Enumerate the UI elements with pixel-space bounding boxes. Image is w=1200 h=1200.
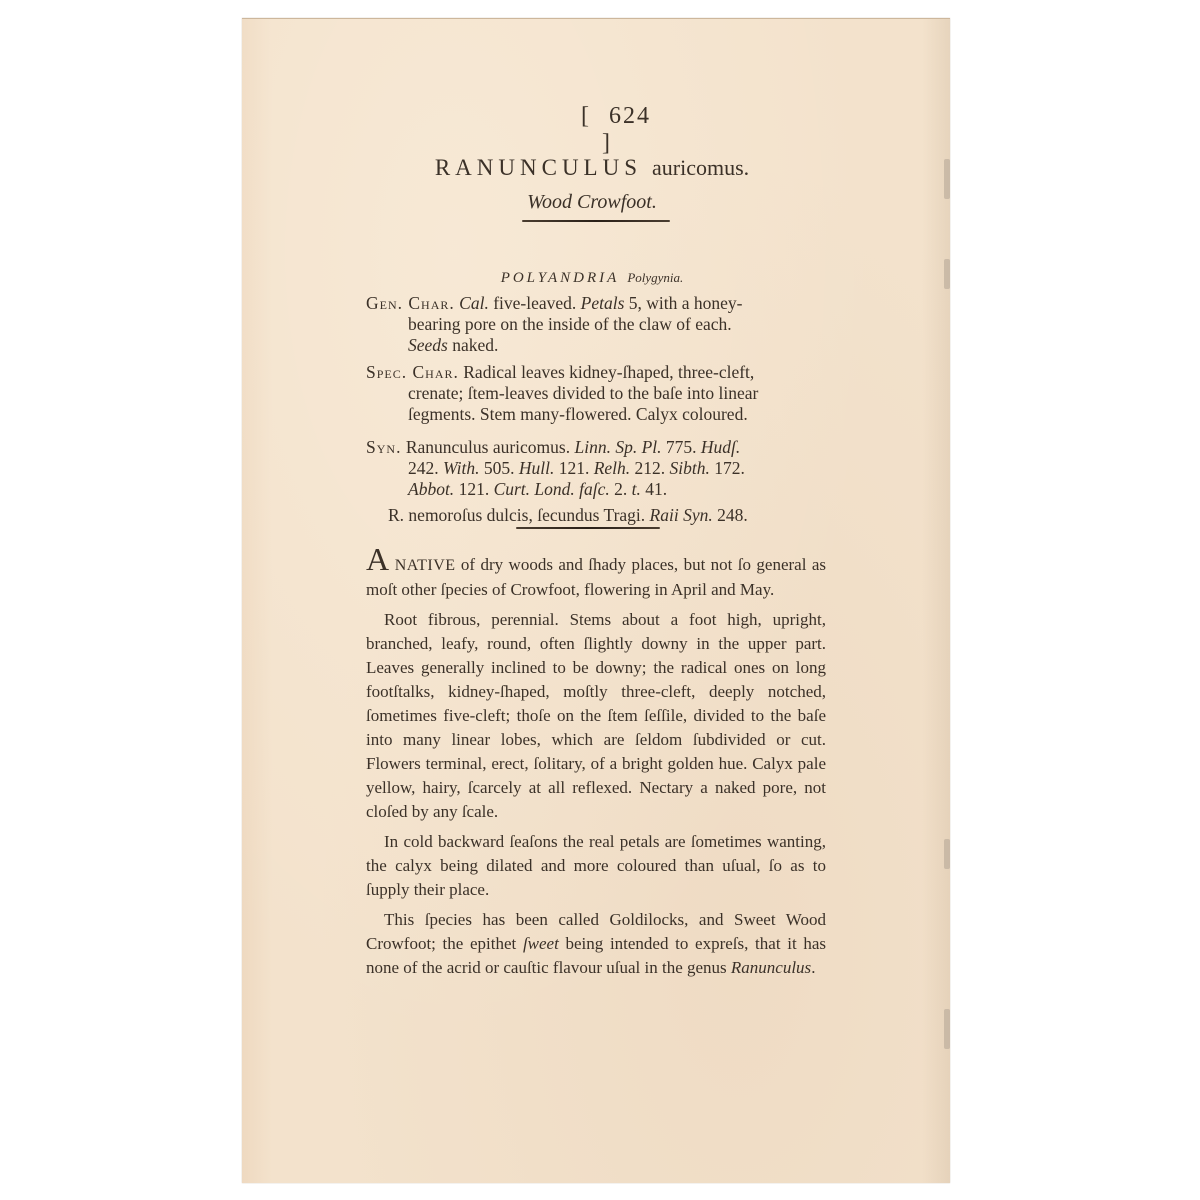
spec-char-label: Spec. Char. (366, 362, 459, 382)
gen-char-label: Gen. Char. (366, 293, 455, 313)
divider-rule (516, 527, 660, 529)
paragraph-native: A NATIVE of dry woods and ſhady places, … (366, 549, 826, 602)
text-italic: Linn. Sp. Pl. (574, 437, 661, 457)
text-italic: Sibth. (670, 458, 710, 478)
text-italic: Hudſ. (701, 437, 740, 457)
text-italic: t. (632, 479, 641, 499)
text: five-leaved. (489, 293, 581, 313)
text: 121. (454, 479, 493, 499)
bracket-open: [ (581, 103, 591, 130)
page-number: [624] (547, 103, 667, 157)
text: 121. (554, 458, 593, 478)
text: 41. (641, 479, 667, 499)
linnaean-classification: POLYANDRIAPolygynia. (342, 270, 842, 287)
specific-character: Spec. Char. Radical leaves kidney-ſhaped… (366, 362, 828, 425)
page-number-value: 624 (609, 103, 651, 129)
text: 212. (630, 458, 669, 478)
text: naked. (448, 335, 499, 355)
common-name: Wood Crowfoot. (342, 191, 842, 214)
text-italic: Relh. (594, 458, 630, 478)
paragraph-seasons: In cold backward ſeaſons the real petals… (366, 830, 826, 902)
text-smallcaps: NATIVE (389, 557, 455, 574)
page-edge-tear (944, 839, 950, 869)
text: 5, with a honey- (624, 293, 742, 313)
text: 775. (662, 437, 701, 457)
divider-rule (522, 220, 670, 222)
order-name: Polygynia. (627, 270, 683, 285)
text-italic: Seeds (408, 335, 448, 355)
paragraph-description: Root fibrous, perennial. Stems about a f… (366, 608, 826, 824)
paragraph-names: This ſpecies has been called Goldilocks,… (366, 908, 826, 980)
text-italic: With. (443, 458, 479, 478)
genus-name: RANUNCULUS (435, 155, 642, 180)
drop-cap: A (366, 541, 389, 577)
text: 172. (710, 458, 745, 478)
species-name: auricomus. (652, 155, 749, 180)
text-italic: ſweet (523, 934, 559, 953)
text-italic: Abbot. (408, 479, 454, 499)
text-italic: Hull. (519, 458, 555, 478)
page-edge-tear (944, 1009, 950, 1049)
text-italic: Cal. (459, 293, 489, 313)
generic-character: Gen. Char. Cal. five-leaved. Petals 5, w… (366, 293, 828, 356)
page-edge-tear (944, 159, 950, 199)
text-italic: Curt. Lond. faſc. (494, 479, 610, 499)
gen-char-line: bearing pore on the inside of the claw o… (366, 314, 828, 335)
text: 2. (610, 479, 632, 499)
text-italic: Petals (581, 293, 625, 313)
text: 242. (408, 458, 443, 478)
class-name: POLYANDRIA (501, 270, 620, 286)
syn-label: Syn. (366, 437, 401, 457)
text: Ranunculus auricomus. (401, 437, 574, 457)
book-page: [624] RANUNCULUSauricomus. Wood Crowfoot… (242, 18, 950, 1183)
text-italic: Ranunculus (731, 958, 811, 977)
plant-title: RANUNCULUSauricomus. (342, 155, 842, 181)
spec-char-line: ſegments. Stem many-flowered. Calyx colo… (366, 404, 828, 425)
spec-char-line: crenate; ſtem-leaves divided to the baſe… (366, 383, 828, 404)
page-edge-tear (944, 259, 950, 289)
text: Radical leaves kidney-ſhaped, three-clef… (459, 362, 754, 382)
text: 248. (713, 505, 748, 525)
text-italic: Raii Syn. (650, 505, 713, 525)
synonyms: Syn. Ranunculus auricomus. Linn. Sp. Pl.… (366, 437, 828, 526)
text: 505. (479, 458, 518, 478)
text: . (811, 958, 815, 977)
bracket-close: ] (602, 130, 612, 157)
description-body: A NATIVE of dry woods and ſhady places, … (366, 549, 826, 986)
text: R. nemoroſus dulcis, ſecundus Tragi. (388, 505, 650, 525)
